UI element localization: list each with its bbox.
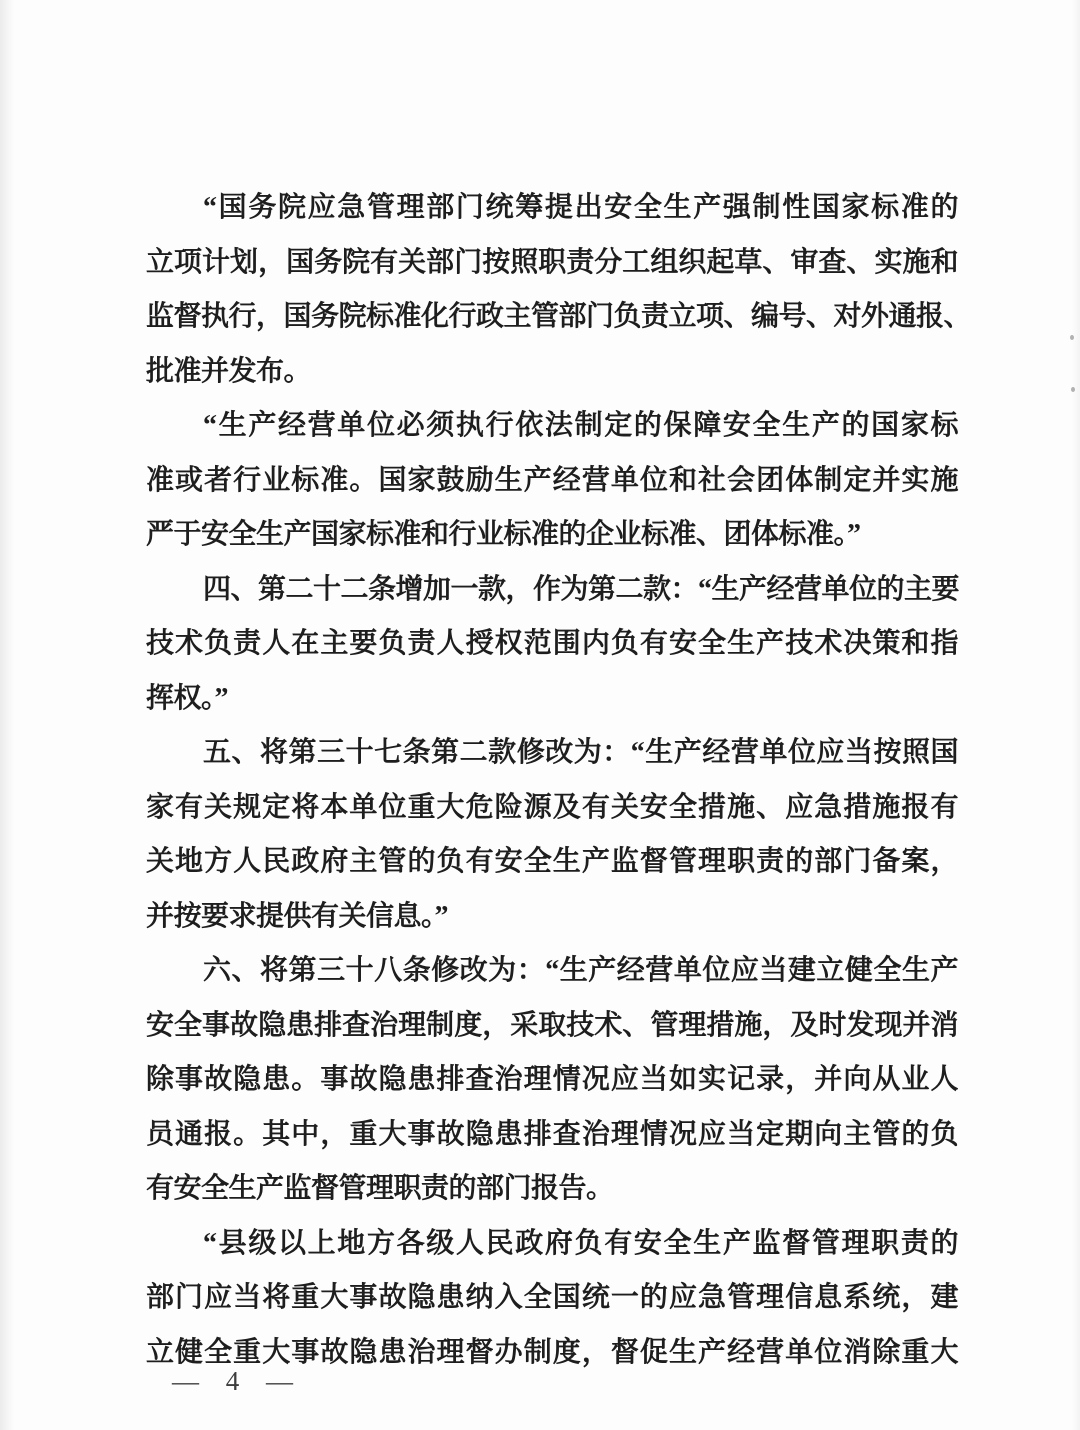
body-line: “国务院应急管理部门统筹提出安全生产强制性国家标准的 [146,181,958,236]
body-line: 除事故隐患。事故隐患排查治理情况应当如实记录，并向从业人 [146,1053,958,1108]
body-line: 四、第二十二条增加一款，作为第二款：“生产经营单位的主要 [146,563,958,618]
body-line: 家有关规定将本单位重大危险源及有关安全措施、应急措施报有 [146,781,958,836]
page-right-edge-shadow [1072,0,1080,1430]
page-number: — 4 — [172,1361,295,1401]
page-left-edge-shadow [0,0,14,1430]
body-line: 监督执行，国务院标准化行政主管部门负责立项、编号、对外通报、 [146,290,958,345]
document-body: “国务院应急管理部门统筹提出安全生产强制性国家标准的 立项计划，国务院有关部门按… [146,181,958,1380]
body-line: 有安全生产监督管理职责的部门报告。 [146,1162,958,1217]
body-line: 技术负责人在主要负责人授权范围内负有安全生产技术决策和指 [146,617,958,672]
body-line: 严于安全生产国家标准和行业标准的企业标准、团体标准。” [146,508,958,563]
body-line: 五、将第三十七条第二款修改为：“生产经营单位应当按照国 [146,726,958,781]
body-line: 关地方人民政府主管的负有安全生产监督管理职责的部门备案， [146,835,958,890]
scan-artifact [1070,335,1074,340]
scan-artifact [1071,387,1075,392]
document-page: “国务院应急管理部门统筹提出安全生产强制性国家标准的 立项计划，国务院有关部门按… [0,0,1080,1430]
body-line: 批准并发布。 [146,345,958,400]
body-line: 挥权。” [146,672,958,727]
body-line: “生产经营单位必须执行依法制定的保障安全生产的国家标 [146,399,958,454]
body-line: 并按要求提供有关信息。” [146,890,958,945]
body-line: 部门应当将重大事故隐患纳入全国统一的应急管理信息系统，建 [146,1271,958,1326]
body-line: “县级以上地方各级人民政府负有安全生产监督管理职责的 [146,1217,958,1272]
body-line: 员通报。其中，重大事故隐患排查治理情况应当定期向主管的负 [146,1108,958,1163]
body-line: 准或者行业标准。国家鼓励生产经营单位和社会团体制定并实施 [146,454,958,509]
body-line: 六、将第三十八条修改为：“生产经营单位应当建立健全生产 [146,944,958,999]
body-line: 安全事故隐患排查治理制度，采取技术、管理措施，及时发现并消 [146,999,958,1054]
body-line: 立项计划，国务院有关部门按照职责分工组织起草、审查、实施和 [146,236,958,291]
